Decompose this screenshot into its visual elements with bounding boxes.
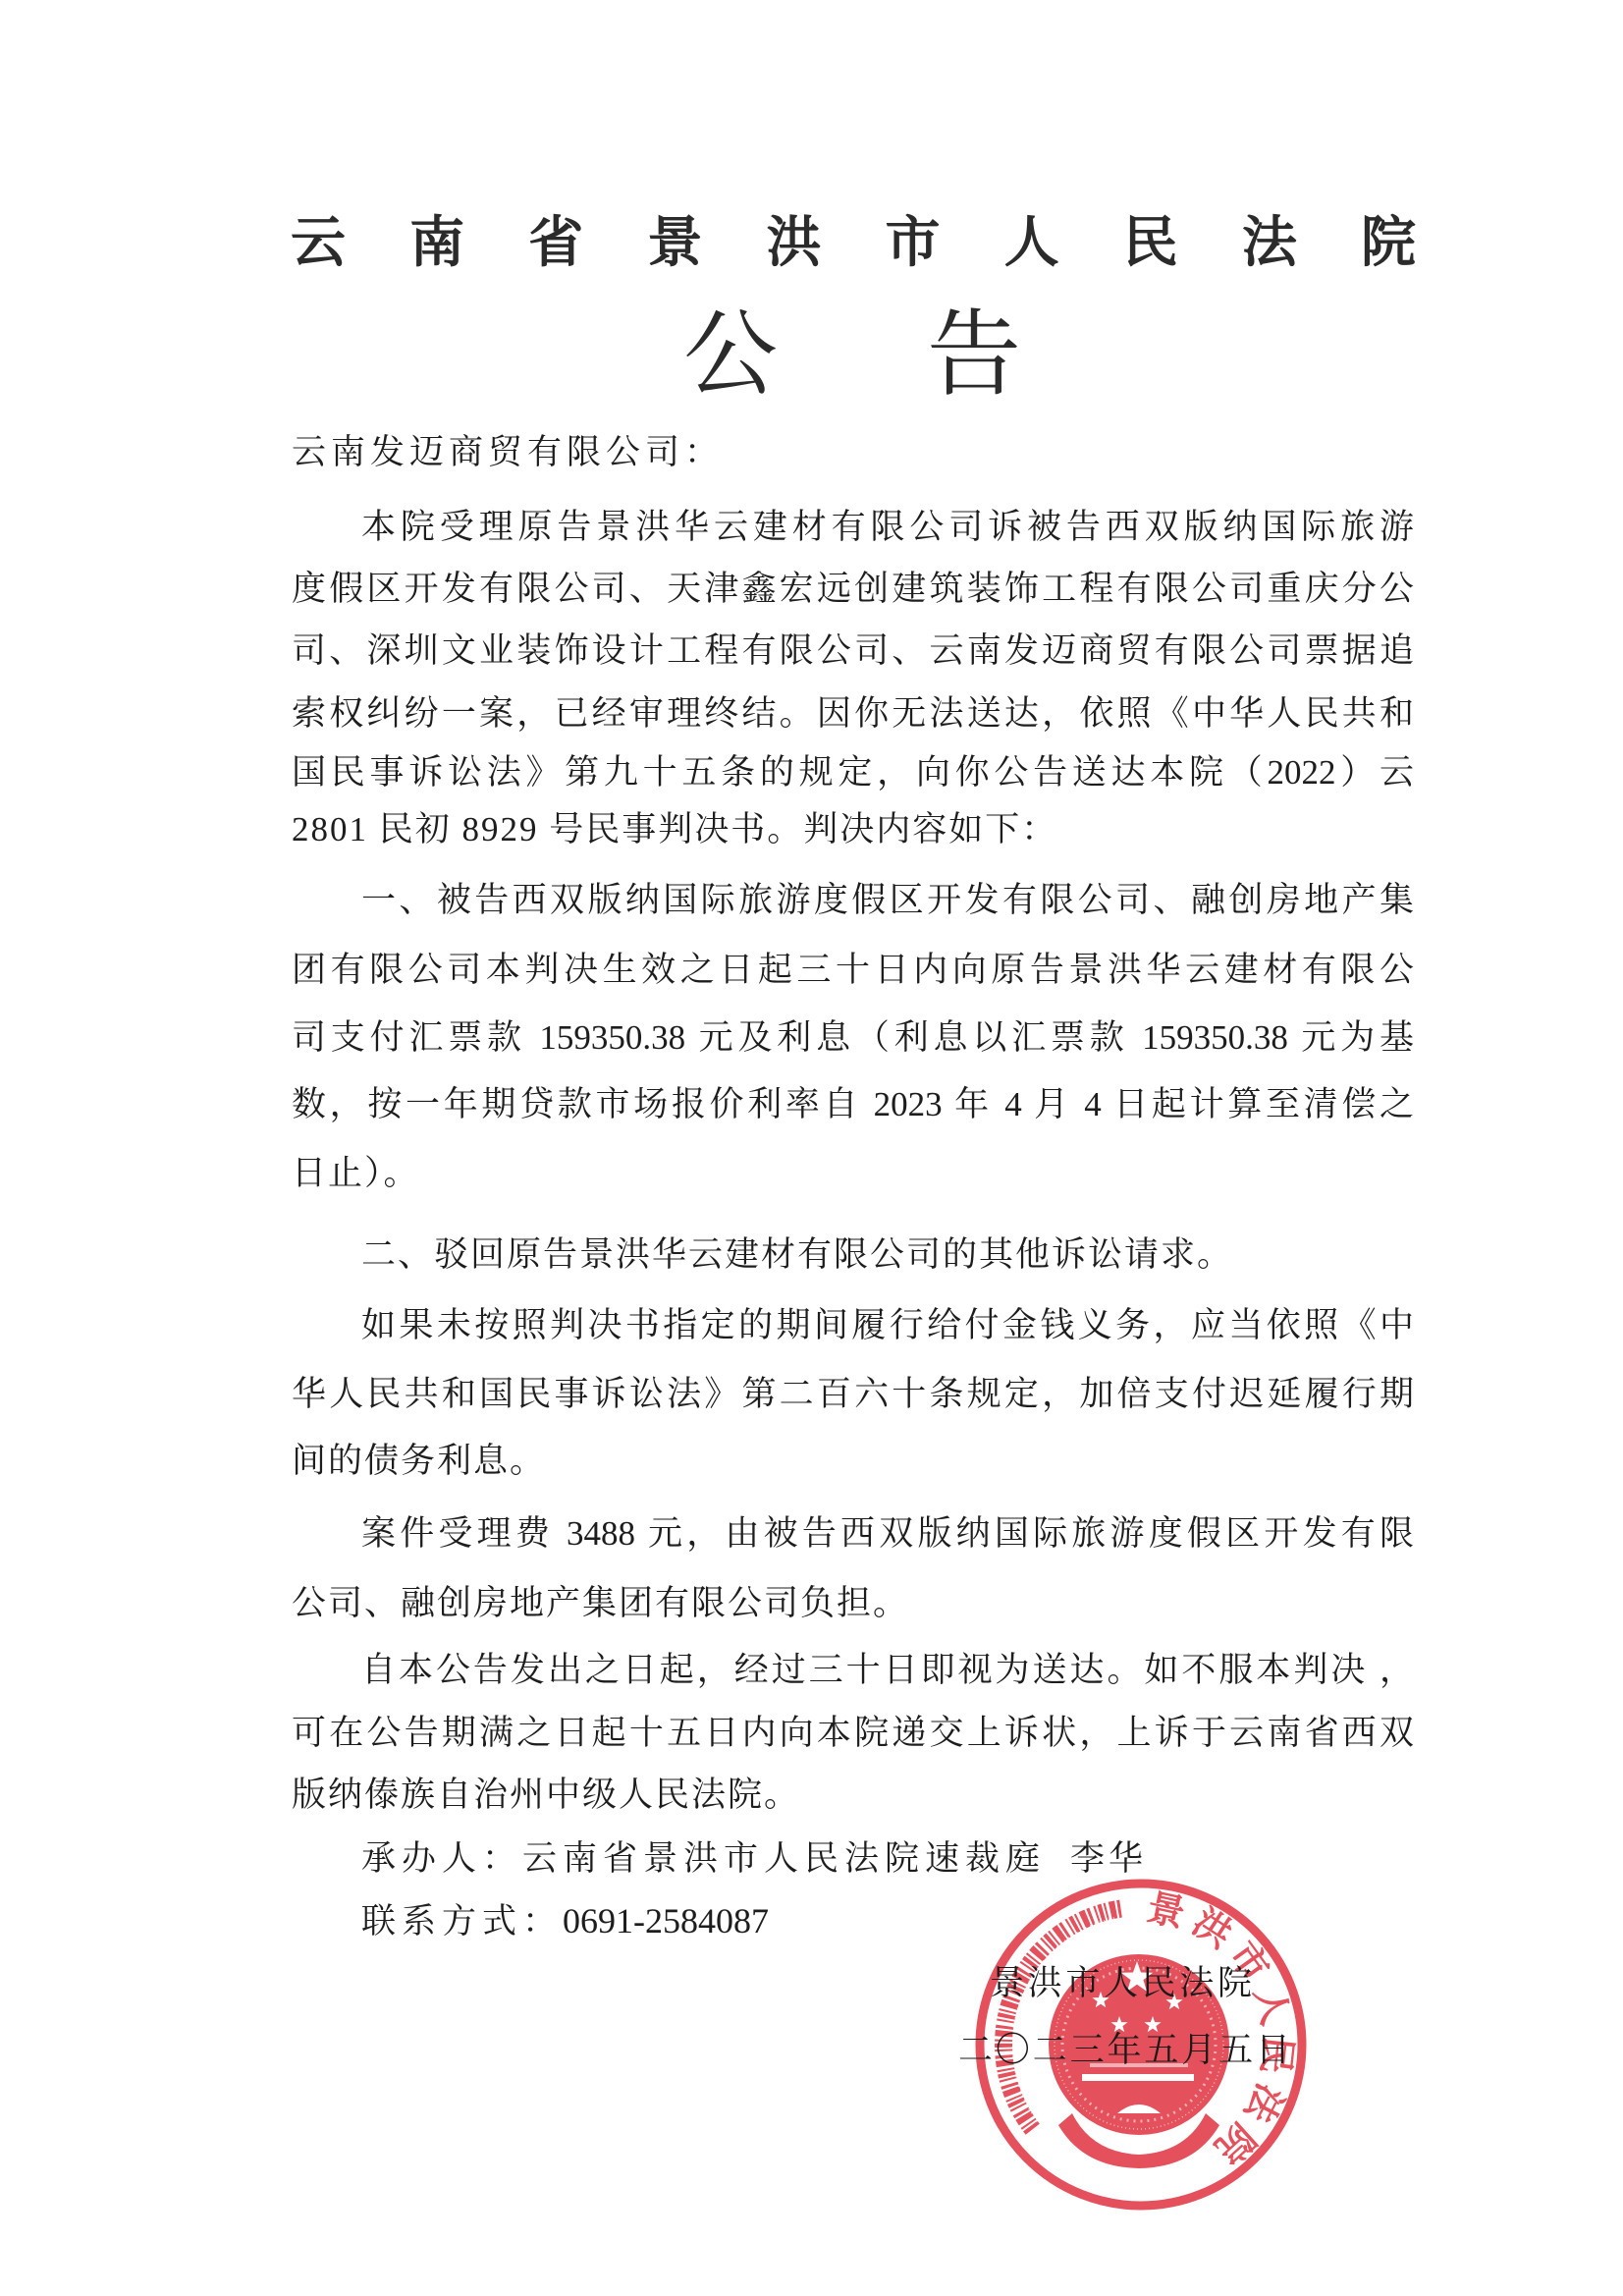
text-line: 团有限公司本判决生效之日起三十日内向原告景洪华云建材有限公: [292, 946, 1414, 995]
text-line: 数，按一年期贷款市场报价利率自 2023 年 4 月 4 日起计算至清偿之: [292, 1080, 1414, 1129]
text-line: 华人民共和国民事诉讼法》第二百六十条规定，加倍支付迟延履行期: [292, 1370, 1414, 1419]
text-line: 司支付汇票款 159350.38 元及利息（利息以汇票款 159350.38 元…: [292, 1013, 1414, 1063]
text-line: 司、深圳文业装饰设计工程有限公司、云南发迈商贸有限公司票据追: [292, 627, 1414, 676]
text-line: 一、被告西双版纳国际旅游度假区开发有限公司、融创房地产集: [361, 876, 1414, 925]
text-line: 间的债务利息。: [292, 1437, 1414, 1486]
text-line: 案件受理费 3488 元，由被告西双版纳国际旅游度假区开发有限: [361, 1509, 1414, 1558]
handler-label: 承办人：云南省景洪市人民法院速裁庭: [361, 1839, 1046, 1878]
text-line: 2801 民初 8929 号民事判决书。判决内容如下：: [292, 805, 1414, 854]
court-name-heading: 云南省景洪市人民法院: [291, 208, 1416, 279]
handler-name: 李华: [1070, 1834, 1147, 1884]
text-line: 公司、融创房地产集团有限公司负担。: [292, 1579, 1414, 1628]
text-line: 二、驳回原告景洪华云建材有限公司的其他诉讼请求。: [361, 1230, 1414, 1280]
text-line: 度假区开发有限公司、天津鑫宏远创建筑装饰工程有限公司重庆分公: [292, 565, 1414, 614]
phone-line: 联系方式：0691-2584087: [361, 1896, 1414, 1945]
text-line: 可在公告期满之日起十五日内向本院递交上诉状，上诉于云南省西双: [292, 1709, 1414, 1758]
text-line: 本院受理原告景洪华云建材有限公司诉被告西双版纳国际旅游: [361, 503, 1414, 552]
text-line: 如果未按照判决书指定的期间履行给付金钱义务，应当依照《中: [361, 1301, 1414, 1350]
document-type-heading: 公告: [683, 300, 1021, 410]
addressee-line: 云南发迈商贸有限公司：: [292, 428, 1414, 477]
phone-label: 联系方式：: [361, 1902, 563, 1941]
phone-number: 0691-2584087: [563, 1901, 769, 1941]
court-announcement-page: 云南省景洪市人民法院 公告 云南发迈商贸有限公司： 本院受理原告景洪华云建材有限…: [0, 0, 1623, 2296]
handler-line: 承办人：云南省景洪市人民法院速裁庭 李华: [361, 1834, 1414, 1884]
signature-issuer: 景洪市人民法院: [990, 1959, 1252, 2008]
text-line: 日止）。: [292, 1149, 1414, 1198]
text-line: 自本公告发出之日起，经过三十日即视为送达。如不服本判决 ，: [361, 1646, 1414, 1695]
signature-date: 二〇二三年五月五日: [958, 2026, 1290, 2075]
text-line: 索权纠纷一案，已经审理终结。因你无法送达，依照《中华人民共和: [292, 689, 1414, 738]
text-line: 版纳傣族自治州中级人民法院。: [292, 1771, 1414, 1820]
text-line: 国民事诉讼法》第九十五条的规定，向你公告送达本院（2022）云: [292, 748, 1414, 797]
